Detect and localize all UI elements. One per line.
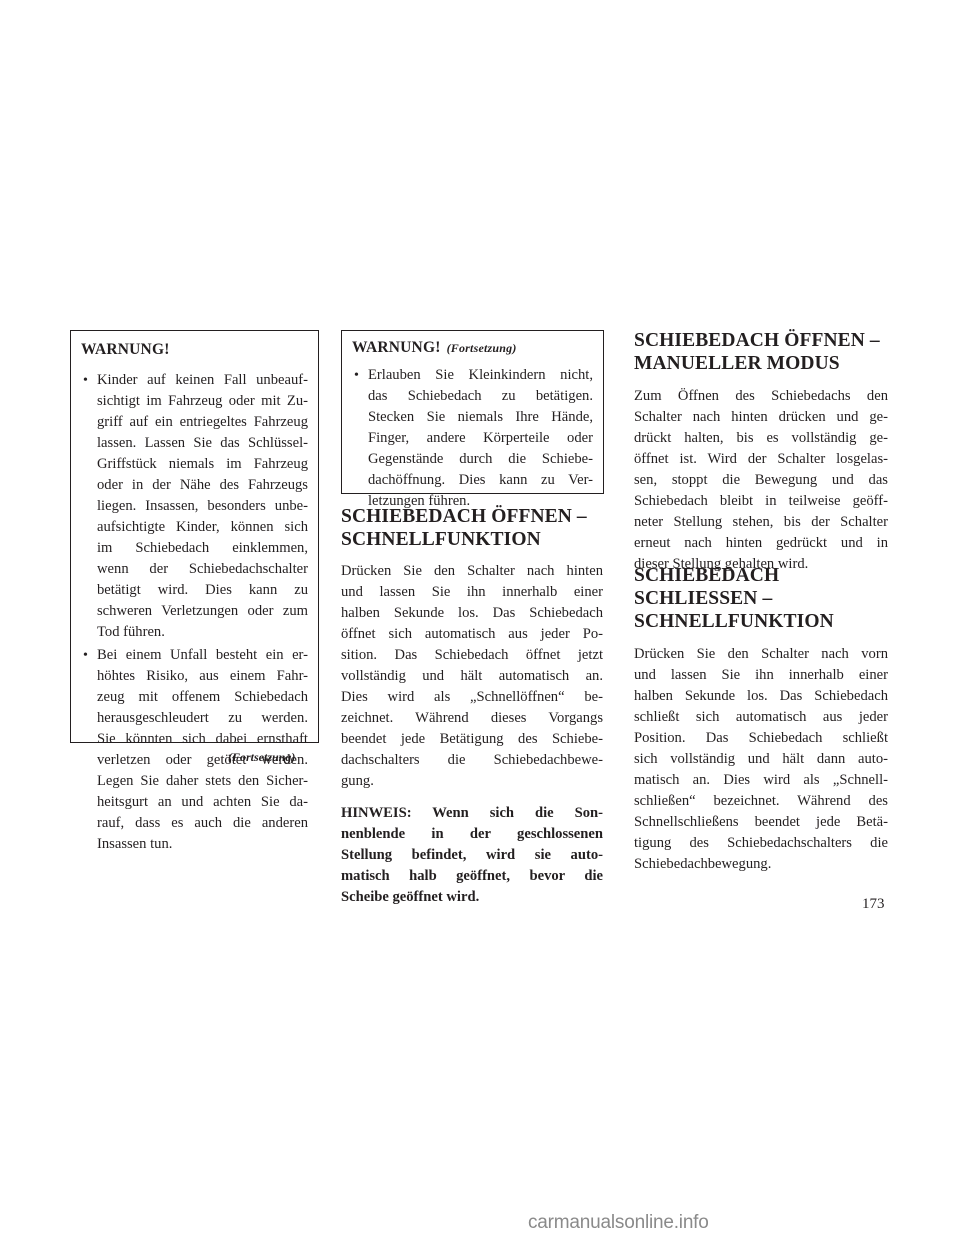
text-line: tigung des Schiebedachschalters die (634, 833, 888, 854)
text-line: Griffstück niemals im Fahrzeug (97, 454, 308, 475)
text-line: neter Stellung stehen, bis der Schalter (634, 512, 888, 533)
text-line: zeichnet. Während dieses Vorgangs (341, 708, 603, 729)
section-schnell-oeffnen: SCHIEBEDACH ÖFFNEN –SCHNELLFUNKTION Drüc… (341, 505, 603, 908)
hinweis-note: HINWEIS: Wenn sich die Son-nenblende in … (341, 803, 603, 908)
text-line: sen, stoppt die Bewegung und das (634, 470, 888, 491)
text-line: erneut nach hinten gedrückt und in (634, 533, 888, 554)
section-paragraph: Drücken Sie den Schalter nach vornund la… (634, 644, 888, 875)
section-schnell-schliessen: SCHIEBEDACHSCHLIESSEN –SCHNELLFUNKTION D… (634, 564, 888, 875)
text-line: öffnet ist. Wird der Schalter losgelas- (634, 449, 888, 470)
warning-title: WARNUNG!(Fortsetzung) (352, 338, 593, 358)
text-line: Erlauben Sie Kleinkindern nicht, (368, 365, 593, 386)
text-line: Schiebedachbewegung. (634, 854, 888, 875)
text-line: heitsgurt an und achten Sie da- (97, 792, 308, 813)
heading-line: SCHNELLFUNKTION (341, 528, 603, 551)
text-line: wenn der Schiebedachschalter (97, 559, 308, 580)
section-heading: SCHIEBEDACHSCHLIESSEN –SCHNELLFUNKTION (634, 564, 888, 633)
text-line: aufsichtigte Kinder, können sich (97, 517, 308, 538)
text-line: Dies wird als „Schnellöffnen“ be- (341, 687, 603, 708)
bullet-icon: • (83, 645, 88, 666)
text-line: Stellung befindet, wird sie auto- (341, 845, 603, 866)
section-manueller-modus: SCHIEBEDACH ÖFFNEN –MANUELLER MODUS Zum … (634, 329, 888, 575)
warning-bullet: • Erlauben Sie Kleinkindern nicht,das Sc… (352, 365, 593, 512)
warning-title: WARNUNG! (81, 340, 308, 360)
warning-continued-label: (Fortsetzung) (447, 341, 517, 355)
text-line: halben Sekunde los. Das Schiebedach (634, 686, 888, 707)
heading-line: MANUELLER MODUS (634, 352, 888, 375)
text-line: gung. (341, 771, 603, 792)
text-line: griff auf ein entriegeltes Fahrzeug (97, 412, 308, 433)
text-line: schweren Verletzungen oder zum (97, 601, 308, 622)
text-line: Drücken Sie den Schalter nach hinten (341, 561, 603, 582)
section-paragraph: Drücken Sie den Schalter nach hintenund … (341, 561, 603, 792)
text-line: nenblende in der geschlossenen (341, 824, 603, 845)
continued-note: (Fortsetzung) (228, 750, 295, 765)
heading-line: SCHIEBEDACH (634, 564, 888, 587)
text-line: matisch an. Dies wird als „Schnell- (634, 770, 888, 791)
text-line: halben Sekunde los. Das Schiebedach (341, 603, 603, 624)
text-line: Schalter nach hinten drücken und ge- (634, 407, 888, 428)
text-line: matisch halb geöffnet, bevor die (341, 866, 603, 887)
watermark[interactable]: carmanualsonline.info (528, 1212, 709, 1234)
text-line: Zum Öffnen des Schiebedachs den (634, 386, 888, 407)
section-heading: SCHIEBEDACH ÖFFNEN –SCHNELLFUNKTION (341, 505, 603, 551)
text-line: rauf, dass es auch die anderen (97, 813, 308, 834)
text-line: schließt sich automatisch aus jeder (634, 707, 888, 728)
text-line: betätigt wird. Dies kann zu (97, 580, 308, 601)
text-line: HINWEIS: Wenn sich die Son- (341, 803, 603, 824)
text-line: Tod führen. (97, 622, 308, 643)
text-line: Stecken Sie niemals Ihre Hände, (368, 407, 593, 428)
text-line: dachöffnung. Dies kann zu Ver- (368, 470, 593, 491)
heading-line: SCHIEBEDACH ÖFFNEN – (634, 329, 888, 352)
text-line: höhtes Risiko, aus einem Fahr- (97, 666, 308, 687)
text-line: beendet jede Betätigung des Schiebe- (341, 729, 603, 750)
text-line: lassen. Lassen Sie das Schlüssel- (97, 433, 308, 454)
warning-box-left: WARNUNG! • Kinder auf keinen Fall unbeau… (70, 330, 319, 743)
text-line: das Schiebedach zu betätigen. (368, 386, 593, 407)
text-line: im Schiebedach einklemmen, (97, 538, 308, 559)
text-line: Sie könnten sich dabei ernsthaft (97, 729, 308, 750)
bullet-icon: • (354, 365, 359, 386)
heading-line: SCHNELLFUNKTION (634, 610, 888, 633)
section-heading: SCHIEBEDACH ÖFFNEN –MANUELLER MODUS (634, 329, 888, 375)
warning-bullet: • Kinder auf keinen Fall unbeauf-sichtig… (81, 370, 308, 643)
text-line: sition. Das Schiebedach öffnet jetzt (341, 645, 603, 666)
text-line: schließen“ bezeichnet. Während des (634, 791, 888, 812)
page-number: 173 (862, 896, 885, 913)
text-line: vollständig und hält automatisch an. (341, 666, 603, 687)
text-line: Scheibe geöffnet wird. (341, 887, 603, 908)
heading-line: SCHIEBEDACH ÖFFNEN – (341, 505, 603, 528)
text-line: und lassen Sie ihn innerhalb einer (634, 665, 888, 686)
text-line: liegen. Insassen, besonders unbe- (97, 496, 308, 517)
text-line: Legen Sie daher stets den Sicher- (97, 771, 308, 792)
text-line: herausgeschleudert zu werden. (97, 708, 308, 729)
heading-line: SCHLIESSEN – (634, 587, 888, 610)
text-line: sich vollständig und hält dann auto- (634, 749, 888, 770)
text-line: Kinder auf keinen Fall unbeauf- (97, 370, 308, 391)
text-line: öffnet sich automatisch aus jeder Po- (341, 624, 603, 645)
text-line: oder in der Nähe des Fahrzeugs (97, 475, 308, 496)
text-line: Drücken Sie den Schalter nach vorn (634, 644, 888, 665)
bullet-icon: • (83, 370, 88, 391)
text-line: Schnellschließens beendet jede Betä- (634, 812, 888, 833)
text-line: drückt halten, bis es vollständig ge- (634, 428, 888, 449)
text-line: Bei einem Unfall besteht ein er- (97, 645, 308, 666)
text-line: Position. Das Schiebedach schließt (634, 728, 888, 749)
text-line: zeug mit offenem Schiebedach (97, 687, 308, 708)
text-line: und lassen Sie ihn innerhalb einer (341, 582, 603, 603)
text-line: Gegenstände durch die Schiebe- (368, 449, 593, 470)
warning-title-text: WARNUNG! (352, 339, 441, 356)
text-line: Insassen tun. (97, 834, 308, 855)
text-line: sichtigt im Fahrzeug oder mit Zu- (97, 391, 308, 412)
section-paragraph: Zum Öffnen des Schiebedachs denSchalter … (634, 386, 888, 575)
text-line: Schiebedach bleibt in teilweise geöff- (634, 491, 888, 512)
warning-box-continued: WARNUNG!(Fortsetzung) • Erlauben Sie Kle… (341, 330, 604, 494)
text-line: dachschalters die Schiebedachbewe- (341, 750, 603, 771)
text-line: Finger, andere Körperteile oder (368, 428, 593, 449)
